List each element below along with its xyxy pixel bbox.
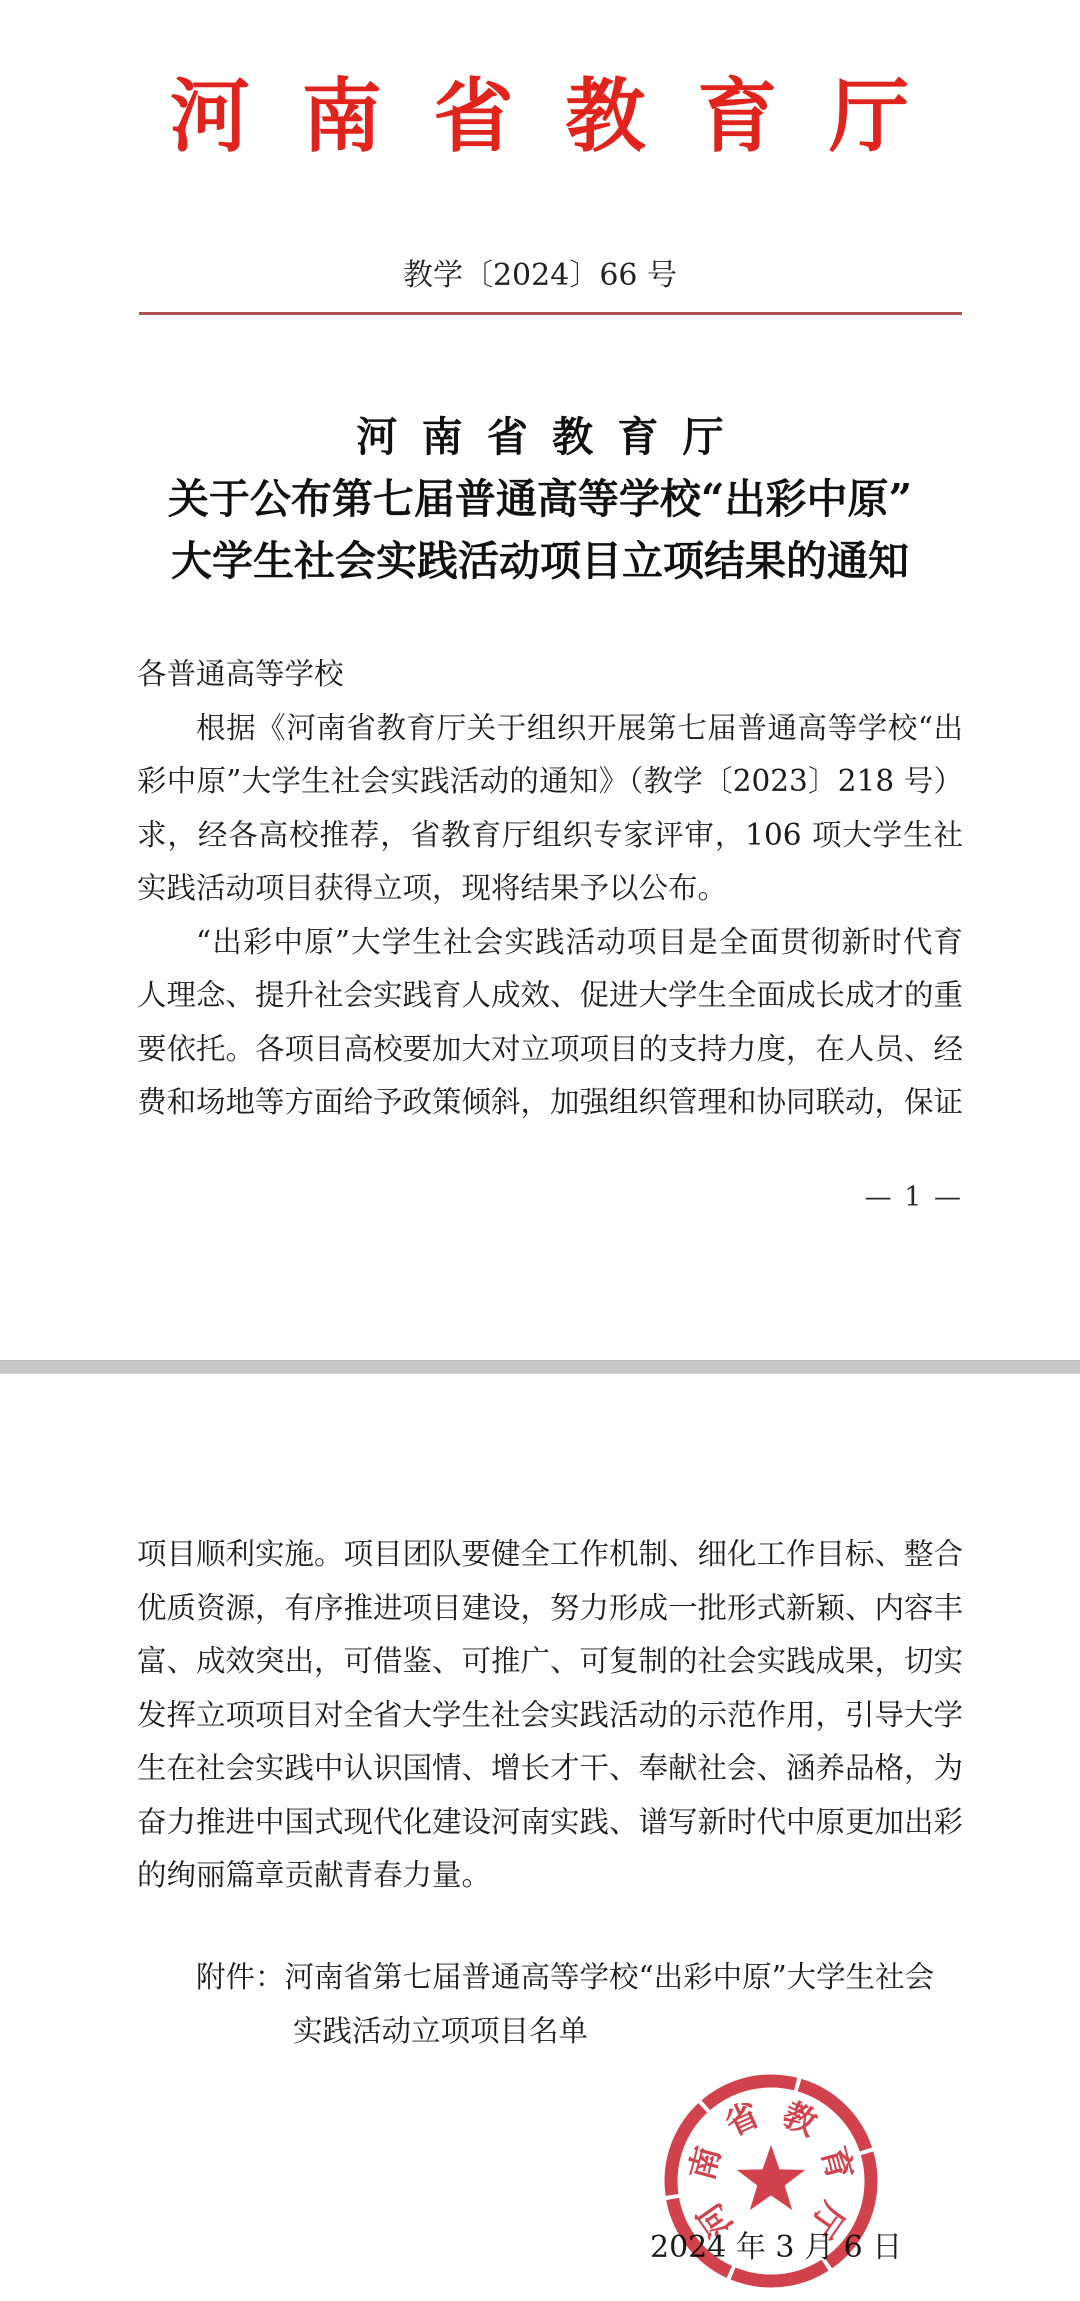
seal-char: 南 [682, 2142, 728, 2184]
doc-number: 教学〔2024〕66 号 [0, 250, 1080, 294]
page-number: — 1 — [137, 1182, 963, 1213]
page-1: 河 南 省 教 育 厅 教学〔2024〕66 号 河 南 省 教 育 厅 关于公… [0, 0, 1080, 1360]
doc-title-line-2: 关于公布第七届普通高等学校“出彩中原” [0, 468, 1080, 530]
body-line: 实践活动项目获得立项，现将结果予以公布。 [137, 862, 963, 916]
body-line: 人理念、提升社会实践育人成效、促进大学生全面成长成才的重 [137, 969, 963, 1023]
doc-title-line-1: 河 南 省 教 育 厅 [0, 406, 1080, 468]
official-seal: 河 南 省 教 育 厅 [656, 2066, 886, 2296]
body-line: 富、成效突出，可借鉴、可推广、可复制的社会实践成果，切实 [137, 1635, 963, 1689]
page2-body-text: 项目顺利实施。项目团队要健全工作机制、细化工作目标、整合 优质资源，有序推进项目… [137, 1528, 963, 1903]
body-line: 费和场地等方面给予政策倾斜，加强组织管理和协同联动，保证 [137, 1076, 963, 1130]
attachment-note: 附件：河南省第七届普通高等学校“出彩中原”大学生社会 实践活动立项项目名单 [137, 1950, 963, 2058]
seal-char: 河 [689, 2196, 740, 2245]
salutation: 各普通高等学校 [137, 648, 963, 702]
agency-header: 河 南 省 教 育 厅 [0, 52, 1080, 167]
document-scan: 河 南 省 教 育 厅 教学〔2024〕66 号 河 南 省 教 育 厅 关于公… [0, 0, 1080, 2301]
page1-body-text: 各普通高等学校 根据《河南省教育厅关于组织开展第七届普通高等学校“出 彩中原”大… [137, 648, 963, 1130]
doc-title: 河 南 省 教 育 厅 关于公布第七届普通高等学校“出彩中原” 大学生社会实践活… [0, 406, 1080, 592]
body-line: 奋力推进中国式现代化建设河南实践、谱写新时代中原更加出彩 [137, 1796, 963, 1850]
attachment-line-1: 附件：河南省第七届普通高等学校“出彩中原”大学生社会 [137, 1950, 963, 2004]
body-line: 的绚丽篇章贡献青春力量。 [137, 1849, 963, 1903]
body-line: 生在社会实践中认识国情、增长才干、奉献社会、涵养品格，为 [137, 1742, 963, 1796]
body-line: 根据《河南省教育厅关于组织开展第七届普通高等学校“出 [137, 702, 963, 756]
body-line: 发挥立项项目对全省大学生社会实践活动的示范作用，引导大学 [137, 1689, 963, 1743]
seal-char: 省 [719, 2094, 765, 2143]
seal-star [737, 2145, 805, 2210]
body-line: 求，经各高校推荐，省教育厅组织专家评审，106 项大学生社会 [137, 809, 963, 863]
attachment-line-2: 实践活动立项项目名单 [137, 2004, 963, 2058]
body-line: 彩中原”大学生社会实践活动的通知》（教学〔2023〕218 号）要 [137, 755, 963, 809]
body-line: 项目顺利实施。项目团队要健全工作机制、细化工作目标、整合 [137, 1528, 963, 1582]
body-line: 要依托。各项目高校要加大对立项项目的支持力度，在人员、经 [137, 1023, 963, 1077]
seal-char: 厅 [802, 2196, 853, 2245]
body-line: “出彩中原”大学生社会实践活动项目是全面贯彻新时代育 [137, 916, 963, 970]
seal-char: 教 [777, 2094, 824, 2144]
page-separator [0, 1360, 1080, 1374]
doc-title-line-3: 大学生社会实践活动项目立项结果的通知 [0, 530, 1080, 592]
seal-char: 育 [814, 2142, 860, 2184]
red-rule-divider [139, 312, 962, 315]
body-line: 优质资源，有序推进项目建设，努力形成一批形式新颖、内容丰 [137, 1582, 963, 1636]
